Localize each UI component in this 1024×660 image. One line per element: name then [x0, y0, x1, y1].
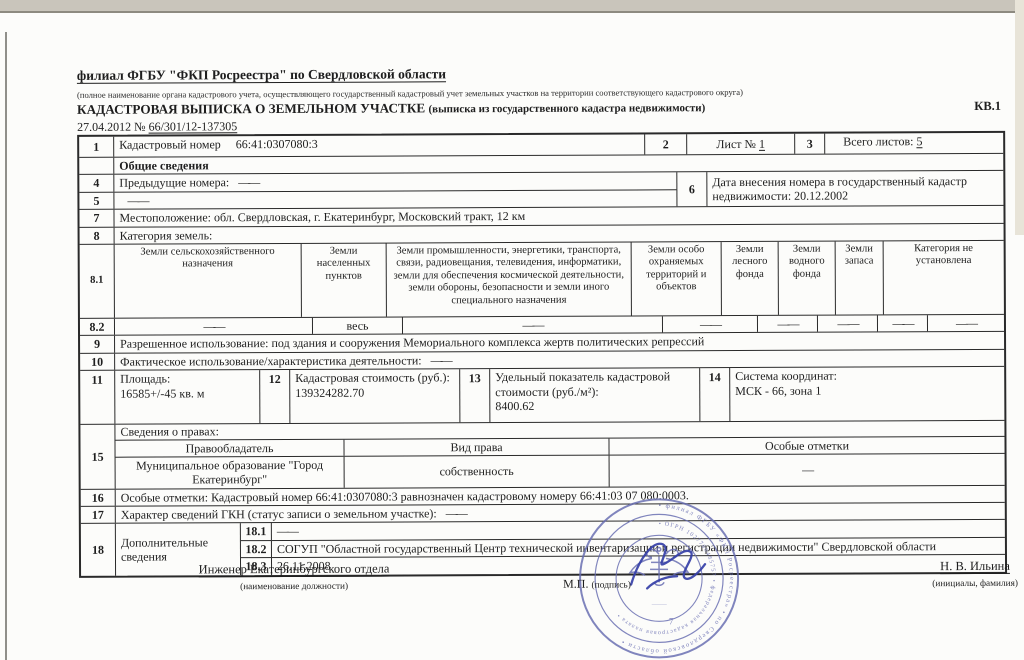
registration-date-cell: Дата внесения номера в государственный к…	[706, 171, 1003, 206]
mp-label: М.П.	[563, 577, 588, 591]
value-reserve: ——	[877, 315, 927, 332]
signature-hint: (подпись)	[591, 580, 630, 590]
signer-name-hint: (инициалы, фамилия)	[896, 579, 1024, 590]
right-type-header: Вид права	[343, 438, 608, 456]
category-not-set: Категория не установлена	[882, 241, 1004, 315]
rows-4-5-6: 4 Предыдущие номера: —— 5 —— 6 Дата внес…	[79, 170, 1003, 209]
row-5: 5 ——	[79, 189, 676, 209]
signer-position: Инженер Екатеринбургского отдела	[164, 561, 424, 577]
cadastral-cost-label: Кадастровая стоимость (руб.):	[295, 370, 454, 385]
rows-11-14: 11 Площадь: 16585+/-45 кв. м 12 Кадастро…	[80, 366, 1004, 424]
row-11-number: 11	[80, 371, 114, 424]
row-1: 1 Кадастровый номер 66:41:0307080:3 2 Ли…	[79, 133, 1003, 157]
total-sheets-value: 5	[916, 134, 922, 148]
value-settlements: весь	[312, 317, 402, 334]
row-16-number: 16	[81, 489, 115, 506]
handwritten-signature	[631, 544, 705, 589]
gkn-status-label: Характер сведений ГКН (статус записи о з…	[121, 506, 437, 521]
row-18-number: 18	[81, 524, 115, 575]
gkn-status-dash: ——	[446, 506, 466, 520]
row-8-number: 8	[80, 227, 114, 244]
row-6-number: 6	[676, 173, 706, 207]
seal-small-marks: ———	[651, 602, 668, 607]
row-8-1-number: 8.1	[80, 245, 114, 318]
coord-system-label: Система координат:	[735, 368, 999, 384]
row-15-number: 15	[80, 425, 114, 489]
unit-cost-label: Удельный показатель кадастровой стоимост…	[495, 369, 694, 399]
cadastral-number-label: Кадастровый номер	[119, 137, 221, 151]
form-code: КВ.1	[974, 99, 1001, 114]
row-7-number: 7	[79, 210, 113, 227]
special-notes-value: —	[609, 454, 1005, 487]
row-9-number: 9	[80, 336, 114, 353]
value-industrial: ——	[402, 316, 662, 334]
title-main: КАДАСТРОВАЯ ВЫПИСКА О ЗЕМЕЛЬНОМ УЧАСТКЕ	[77, 100, 425, 117]
row-10-number: 10	[80, 353, 114, 370]
right-type-value: собственность	[344, 455, 609, 487]
org-name-hint: (полное наименование органа кадастрового…	[77, 87, 743, 100]
row-15: 15 Сведения о правах: Правообладатель Ви…	[80, 420, 1004, 489]
coord-system-cell: Система координат: МСК - 66, зона 1	[729, 367, 1004, 421]
row-18-2-number: 18.2	[241, 541, 271, 558]
row-12-number: 12	[259, 370, 289, 423]
rows-4-5-block: 4 Предыдущие номера: —— 5 ——	[79, 173, 676, 209]
cadastral-cost-cell: Кадастровая стоимость (руб.): 139324282.…	[289, 369, 459, 423]
org-name: филиал ФГБУ "ФКП Росреестра" по Свердлов…	[77, 66, 446, 84]
registration-date-text: Дата внесения номера в государственный к…	[712, 174, 998, 204]
value-water: ——	[817, 315, 877, 332]
sheet-value: 1	[759, 137, 765, 151]
total-sheets-label: Всего листов:	[843, 134, 913, 148]
actual-use-dash: ——	[431, 353, 451, 367]
row-18-1-number: 18.1	[241, 524, 271, 541]
official-seal: • филиал ФГБУ «ФКП Росреестра» • по Свер…	[559, 488, 760, 660]
signer-position-hint: (наименование должности)	[164, 581, 424, 592]
cadastral-number-value: 66:41:0307080:3	[236, 137, 318, 151]
row-3-number: 3	[794, 134, 824, 154]
rights-data-row: Муниципальное образование "Город Екатери…	[116, 453, 1005, 489]
area-cell: Площадь: 16585+/-45 кв. м	[114, 370, 259, 424]
total-sheets-cell: Всего листов: 5	[824, 133, 1003, 154]
sheet-cell: Лист № 1	[686, 134, 794, 154]
seal-branch-number: 7	[669, 617, 674, 627]
stamp-place-label: М.П. (подпись)	[563, 576, 631, 591]
row-17-number: 17	[81, 507, 115, 524]
row-8-1: 8.1 Земли сельскохозяйственного назначен…	[80, 240, 1004, 318]
document-number-line: 27.04.2012 № 66/301/12-137305	[77, 119, 237, 135]
value-agricultural: ——	[114, 318, 312, 335]
rights-holder-value: Муниципальное образование "Город Екатери…	[116, 457, 344, 489]
category-reserve: Земли запаса	[835, 241, 883, 314]
value-forest: ——	[757, 316, 817, 333]
row-4-number: 4	[79, 175, 113, 192]
row-13-number: 13	[459, 369, 489, 422]
actual-use-label: Фактическое использование/характеристика…	[120, 353, 422, 368]
category-protected: Земли особо охраняемых территорий и объе…	[631, 242, 721, 315]
cadastral-number-cell: Кадастровый номер 66:41:0307080:3	[113, 134, 644, 156]
previous-numbers-label: Предыдущие номера:	[119, 176, 229, 190]
row-14-number: 14	[699, 368, 729, 421]
document-number: 66/301/12-137305	[149, 119, 238, 133]
additional-info-label-text: Дополнительные сведения	[121, 535, 235, 564]
row-8-2-number: 8.2	[80, 319, 114, 336]
category-agricultural: Земли сельскохозяйственного назначения	[114, 244, 301, 318]
row-5-cell: ——	[113, 190, 676, 209]
cadastral-cost-value: 139324282.70	[295, 385, 454, 400]
rights-block: Сведения о правах: Правообладатель Вид п…	[114, 421, 1004, 488]
row-5-dash: ——	[127, 193, 147, 207]
area-label: Площадь:	[120, 371, 254, 386]
area-value: 16585+/-45 кв. м	[120, 386, 254, 401]
unit-cost-cell: Удельный показатель кадастровой стоимост…	[489, 368, 699, 422]
rights-holder-header: Правообладатель	[115, 439, 343, 456]
row-general-number	[79, 158, 113, 175]
sheet-label: Лист №	[716, 137, 756, 152]
category-water: Земли водного фонда	[778, 242, 835, 315]
coord-system-value: МСК - 66, зона 1	[735, 382, 999, 398]
category-forest: Земли лесного фонда	[721, 242, 778, 315]
document-date: 27.04.2012 №	[77, 120, 146, 134]
unit-cost-value: 8400.62	[495, 398, 694, 413]
row-5-number: 5	[79, 193, 113, 210]
category-industrial: Земли промышленности, энергетики, трансп…	[386, 242, 631, 316]
value-protected: ——	[662, 316, 757, 333]
title-sub: (выписка из государственного кадастра не…	[428, 102, 705, 115]
row-1-number: 1	[79, 137, 113, 157]
cadastral-table: 1 Кадастровый номер 66:41:0307080:3 2 Ли…	[77, 131, 1007, 578]
signer-name: Н. В. Ильина	[904, 559, 1024, 575]
row-2-number: 2	[644, 134, 686, 154]
category-settlements: Земли населенных пунктов	[300, 244, 386, 317]
value-not-set: ——	[927, 315, 1004, 332]
document-title: КАДАСТРОВАЯ ВЫПИСКА О ЗЕМЕЛЬНОМ УЧАСТКЕ …	[77, 99, 705, 118]
document-page: филиал ФГБУ "ФКП Росреестра" по Свердлов…	[0, 0, 1024, 660]
previous-numbers-dash: ——	[238, 175, 258, 189]
special-notes-header: Особые отметки	[608, 436, 1004, 454]
